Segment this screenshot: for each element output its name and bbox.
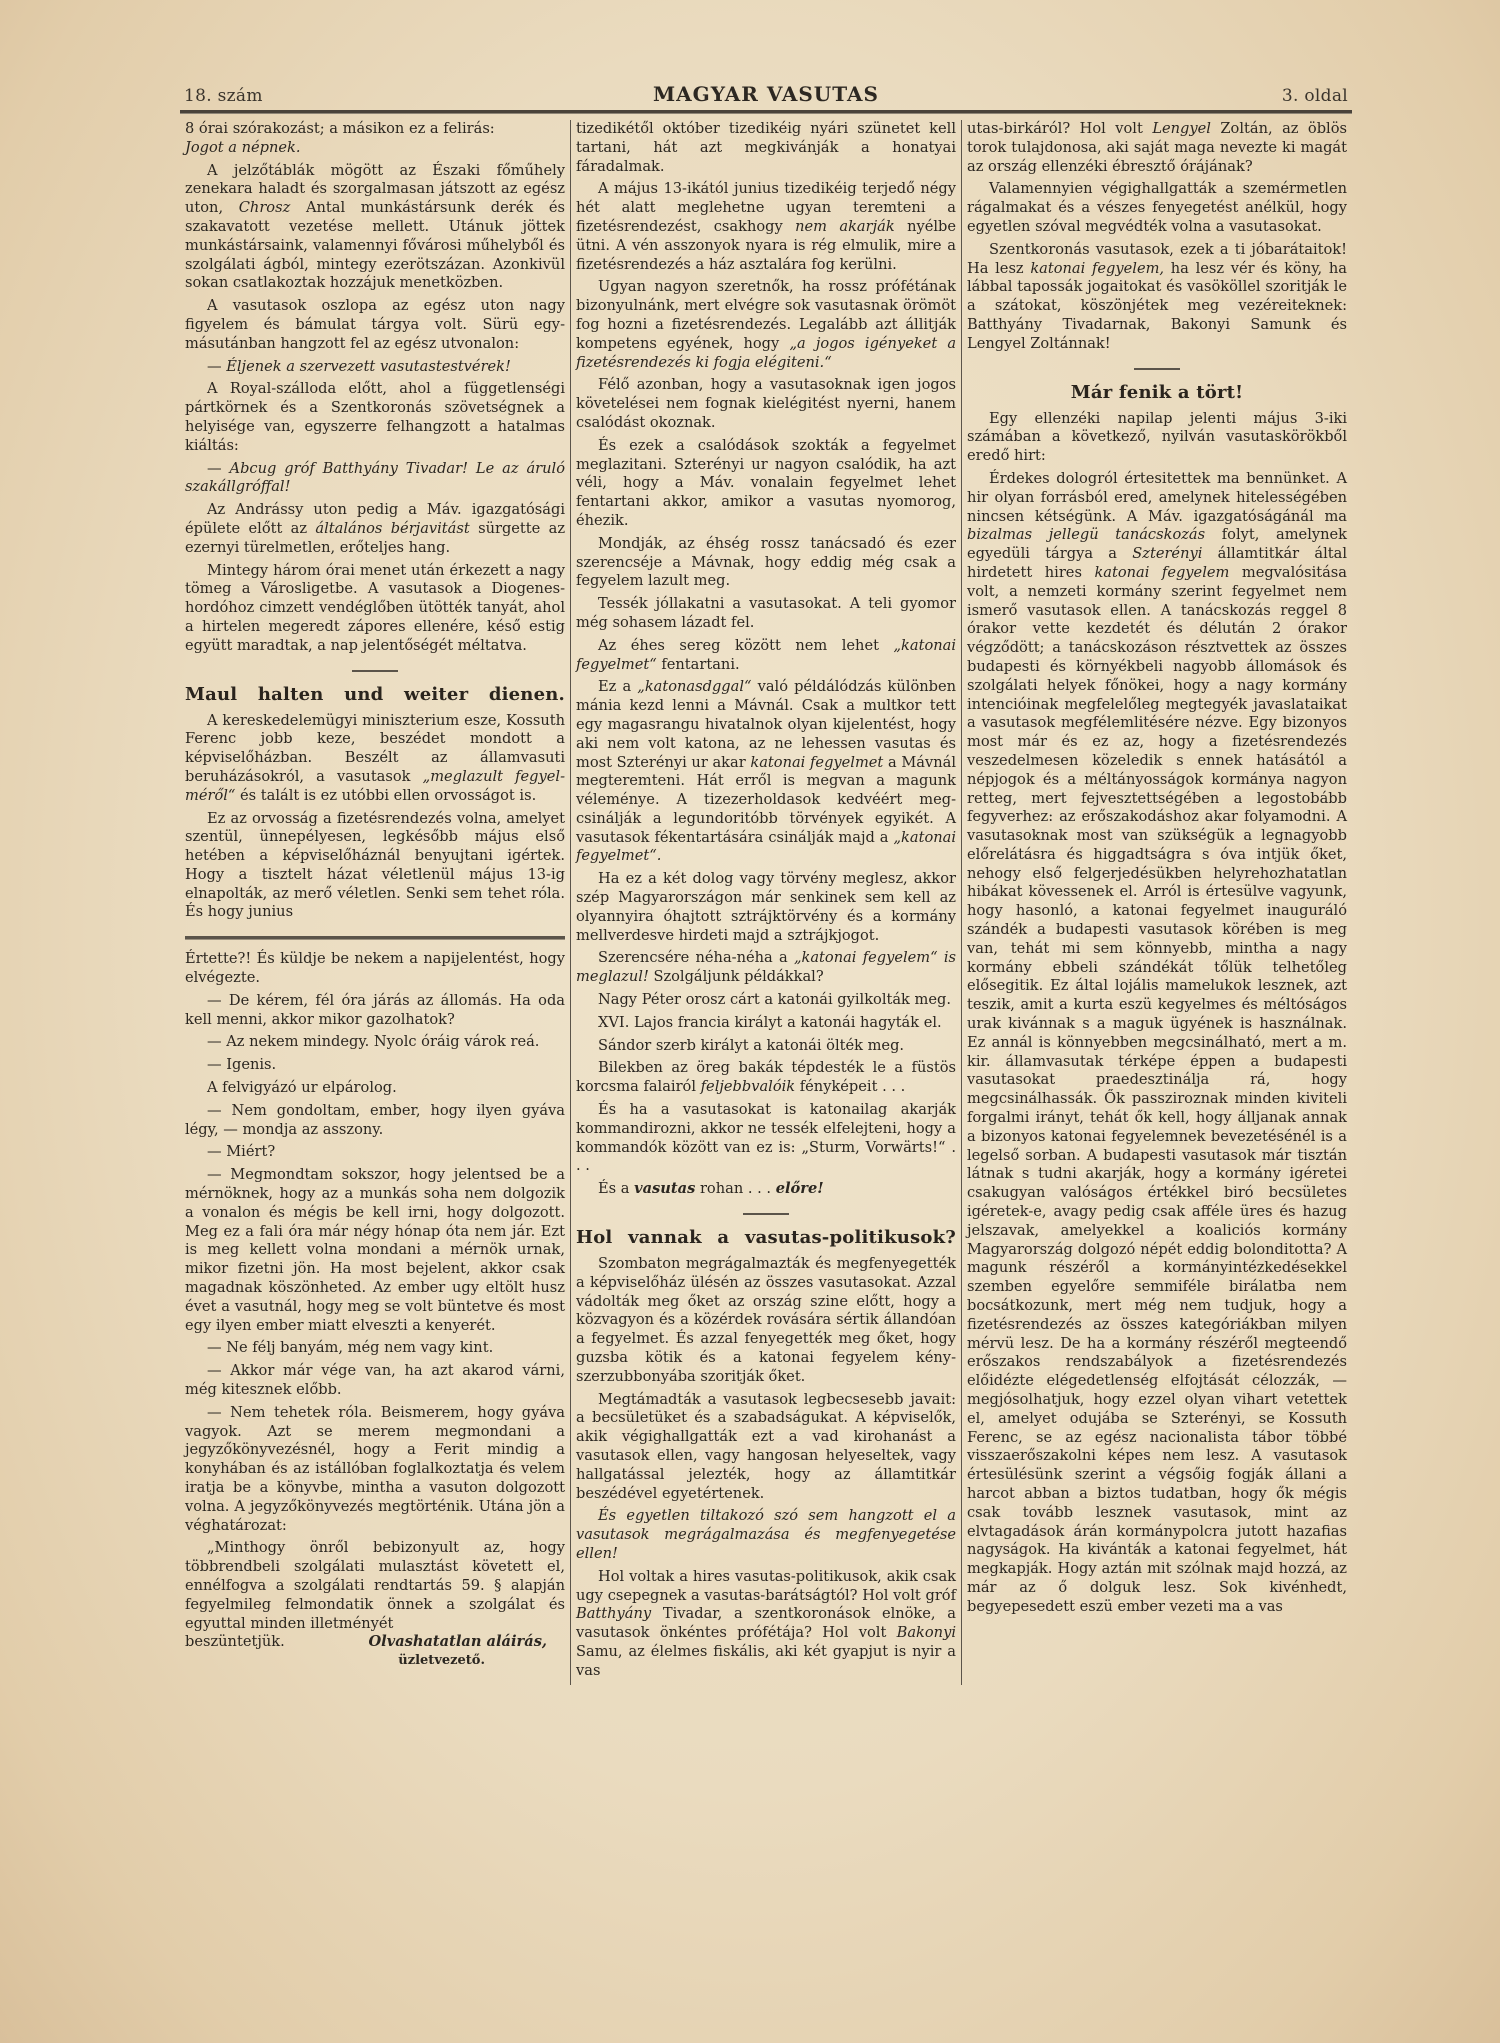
section-divider <box>743 1213 789 1215</box>
paragraph: 8 órai szórakozást; a másikon ez a felir… <box>185 120 565 158</box>
dialogue-line: — Nem gondoltam, ember, hogy ilyen gyáva… <box>185 1102 565 1140</box>
paragraph: Szentkoronás vasutasok, ezek a ti jó­bar… <box>967 241 1347 354</box>
section-divider <box>1134 368 1180 370</box>
paragraph: A kereskedelemügyi miniszterium esze, Ko… <box>185 712 565 806</box>
paragraph: Értette?! És küldje be nekem a napijelen… <box>185 950 565 988</box>
paragraph: A május 13-ikától junius tizedikéig terj… <box>576 180 956 274</box>
paragraph: Valamennyien végighallgatták a szemér­me… <box>967 180 1347 236</box>
paragraph: Bilekben az öreg bakák tépdesték le a fü… <box>576 1059 956 1097</box>
paragraph: Hol voltak a hires vasutas-politikusok, … <box>576 1568 956 1681</box>
paragraph: utas-birkáról? Hol volt Lengyel Zoltán, … <box>967 120 1347 176</box>
paragraph: Félő azonban, hogy a vasutasoknak igen j… <box>576 376 956 432</box>
paragraph: A Royal-szálloda előtt, ahol a független… <box>185 380 565 455</box>
paragraph: Szombaton megrágalmazták és megfenye­get… <box>576 1255 956 1387</box>
article-heading: Már fenik a tört! <box>967 382 1347 404</box>
article-heading: Maul halten und weiter dienen. <box>185 684 565 706</box>
paragraph: Érdekes dologról értesitettek ma bennün­… <box>967 470 1347 1617</box>
paragraph: Nagy Péter orosz cárt a katonái gyil­kol… <box>576 991 956 1010</box>
page-number: 3. oldal <box>1282 86 1348 106</box>
paragraph: És ha a vasutasokat is katonailag akar­j… <box>576 1101 956 1176</box>
paragraph: XVI. Lajos francia királyt a katonái hag… <box>576 1014 956 1033</box>
paragraph: És egyetlen tiltakozó szó sem hangzott e… <box>576 1507 956 1563</box>
paragraph: Mintegy három órai menet után érkezett a… <box>185 562 565 656</box>
paragraph: Ha ez a két dolog vagy törvény meglesz, … <box>576 870 956 945</box>
quote-end: beszüntetjük. <box>185 1633 285 1652</box>
paragraph: Ugyan nagyon szeretnők, ha rossz prófé­t… <box>576 278 956 372</box>
paragraph: Sándor szerb királyt a katonái ölték meg… <box>576 1037 956 1056</box>
resolution-quote: „Minthogy önről bebizonyult az, hogy töb… <box>185 1539 565 1633</box>
dialogue-line: — Akkor már vége van, ha azt akarod várn… <box>185 1362 565 1400</box>
masthead-rule <box>180 110 1352 114</box>
newspaper-page: 18. szám MAGYAR VASUTAS 3. oldal 8 órai … <box>180 80 1352 1685</box>
paragraph: Megtámadták a vasutasok legbecsesebb jav… <box>576 1391 956 1504</box>
issue-number: 18. szám <box>184 86 263 106</box>
paragraph: És ezek a csalódások szokták a fegyelmet… <box>576 437 956 531</box>
article-columns: 8 órai szórakozást; a másikon ez a felir… <box>180 120 1352 1685</box>
dialogue-line: — De kérem, fél óra járás az állomás. Ha… <box>185 992 565 1030</box>
paragraph: Az éhes sereg között nem lehet „katonai … <box>576 637 956 675</box>
paragraph: Ez az orvosság a fizetésrendezés volna, … <box>185 810 565 923</box>
dialogue-line: — Nem tehetek róla. Beismerem, hogy gyáv… <box>185 1404 565 1536</box>
paragraph: Mondják, az éhség rossz tanácsadó és eze… <box>576 535 956 591</box>
closing-line: És a vasutas rohan . . . előre! <box>576 1180 956 1199</box>
masthead: 18. szám MAGYAR VASUTAS 3. oldal <box>180 80 1352 106</box>
paragraph: Az Andrássy uton pedig a Máv. igazga­tós… <box>185 501 565 557</box>
dialogue-line: — Ne félj banyám, még nem vagy kint. <box>185 1339 565 1358</box>
paragraph: A vasutasok oszlopa az egész uton nagy f… <box>185 297 565 353</box>
signature-title: üzletvezető. <box>185 1652 565 1671</box>
exclamation: — Éljenek a szervezett vasutastestvérek! <box>185 358 565 377</box>
paragraph: Ez a „katonasdggal“ való példálódzás kül… <box>576 678 956 866</box>
dialogue-line: — Az nekem mindegy. Nyolc óráig vá­rok r… <box>185 1033 565 1052</box>
signature-name: Olvashatatlan aláirás, <box>368 1633 565 1652</box>
column-1: 8 órai szórakozást; a másikon ez a felir… <box>180 120 570 1685</box>
section-divider <box>352 670 398 672</box>
dialogue-line: — Megmondtam sokszor, hogy jelentsed be … <box>185 1166 565 1335</box>
exclamation: — Abcug gróf Batthyány Tivadar! Le az ár… <box>185 460 565 498</box>
column-2: tizedikétől október tizedikéig nyári szü… <box>570 120 961 1685</box>
paragraph: Szerencsére néha-néha a „katonai fegyele… <box>576 949 956 987</box>
paragraph: Egy ellenzéki napilap jelenti május 3-ik… <box>967 410 1347 466</box>
paragraph: tizedikétől október tizedikéig nyári szü… <box>576 120 956 176</box>
signature-line: beszüntetjük. Olvashatatlan aláirás, <box>185 1633 565 1652</box>
dialogue-line: — Miért? <box>185 1143 565 1162</box>
newspaper-title: MAGYAR VASUTAS <box>653 82 879 106</box>
feuilleton-divider <box>185 936 565 940</box>
paragraph: Tessék jóllakatni a vasutasokat. A teli … <box>576 595 956 633</box>
column-3: utas-birkáról? Hol volt Lengyel Zoltán, … <box>961 120 1352 1685</box>
paragraph: A felvigyázó ur elpárolog. <box>185 1079 565 1098</box>
paragraph: A jelzőtáblák mögött az Északi főműhely … <box>185 162 565 294</box>
dialogue-line: — Igenis. <box>185 1056 565 1075</box>
article-heading: Hol vannak a vasutas-politikusok? <box>576 1227 956 1249</box>
